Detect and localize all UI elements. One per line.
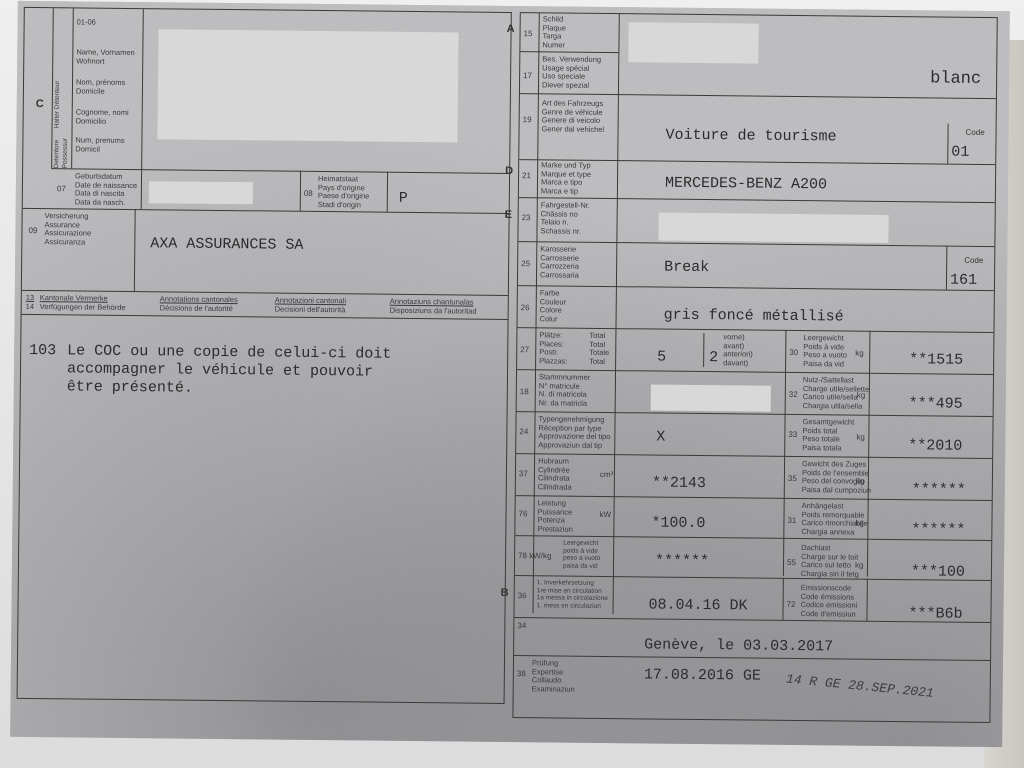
holder-name-redacted (157, 29, 458, 142)
train-weight-unit: kg (856, 477, 865, 486)
annotation-line-3: être présenté. (67, 378, 193, 396)
matricule-num: 18 (520, 387, 529, 396)
first-registration-num: 36 (518, 591, 527, 600)
make-label: Marke und TypMarque et typeMarca e tipoM… (541, 161, 591, 196)
roof-load-num: 55 (787, 558, 796, 567)
vehicle-type-code: 01 (951, 144, 969, 161)
make-value: MERCEDES-BENZ A200 (665, 175, 827, 194)
power-weight-value: ****** (655, 553, 709, 571)
seats-num: 27 (520, 345, 529, 354)
special-use-num: 17 (523, 71, 532, 80)
body-value: Break (664, 259, 709, 276)
holder-vertical-label-1: Halter Détenteur (54, 48, 71, 128)
insurance-num: 09 (28, 226, 37, 235)
seats-label: Plätze:Places:Posti:Plazzas: (539, 331, 568, 365)
roof-load-value: ***100 (911, 563, 965, 581)
annotation-code: 103 (29, 342, 56, 359)
type-approval-num: 24 (519, 427, 528, 436)
annotation-line-2: accompagner le véhicule et pouvoir (67, 360, 373, 380)
body-num: 25 (521, 259, 530, 268)
total-weight-unit: kg (856, 433, 865, 442)
power-num: 76 (518, 509, 527, 518)
color-num: 26 (521, 303, 530, 312)
holder-vertical-label-2: Detentore Possessur (53, 118, 70, 168)
power-label: LeistungPuissancePotenzaPrestaziun (537, 499, 573, 533)
origin-num: 08 (304, 189, 313, 198)
side-letter-e: E (505, 209, 512, 221)
birthdate-label: GeburtsdatumDate de naissanceData di nas… (75, 172, 137, 207)
payload-num: 32 (789, 390, 798, 399)
displacement-unit: cm³ (600, 470, 613, 479)
inspection-num: 38 (517, 669, 526, 678)
train-weight-num: 35 (788, 474, 797, 483)
power-weight-label: Leergewichtpoids à videpeso a vuotopaisa… (563, 540, 601, 570)
empty-weight-label: LeergewichtPoids à videPeso a vuotoPaisa… (803, 334, 847, 368)
code-top: 01-06 (77, 18, 96, 27)
special-use-label: Bes. VerwendungUsage spécialUso speciale… (542, 55, 601, 90)
chassis-num: 23 (522, 213, 531, 222)
seats-total-value: 5 (657, 349, 666, 366)
emission-label: EmissionscodeCode émissionsCodice emissi… (800, 584, 857, 619)
side-letter-c: C (36, 98, 44, 110)
total-weight-value: **2010 (908, 437, 962, 455)
special-use-value: blanc (930, 69, 981, 89)
holder-label-it: Cognome, nomiDomicilio (76, 108, 129, 126)
annotation-line-1: Le COC ou une copie de celui-ci doit (67, 342, 391, 362)
power-unit: kW (599, 510, 611, 519)
payload-unit: kg (857, 391, 866, 400)
side-letter-b: B (501, 587, 509, 599)
trailer-load-unit: kg (855, 519, 864, 528)
plate-label: SchildPlaqueTargaNumer (542, 15, 566, 49)
holder-label-fr: Nom, prénomsDomicile (76, 78, 125, 96)
seats-front-value: 2 (709, 349, 718, 366)
seats-front-label: vorne)avant)anteriori)davant) (723, 333, 753, 367)
displacement-label: HubraumCylindréeCilindrataCilindrada (538, 457, 572, 491)
type-approval-label: TypengenehmigungRéception par typeApprov… (538, 415, 610, 450)
side-letter-a: A (507, 23, 515, 35)
train-weight-value: ****** (912, 481, 966, 499)
make-num: 21 (522, 171, 531, 180)
chassis-redacted (658, 213, 888, 243)
empty-weight-num: 30 (789, 348, 798, 357)
inspection-value: 17.08.2016 GE (644, 666, 761, 684)
seats-total-label: TotalTotalTotaleTotal (589, 332, 609, 366)
origin-value: P (399, 190, 408, 207)
matricule-label: StammnummerN° matriculeN. di matricolaNr… (539, 373, 591, 408)
plate-num: 15 (524, 29, 533, 38)
inspection-label: PrüfungExpertiseCollaudoExaminaziun (532, 659, 575, 693)
place-date-value: Genève, le 03.03.2017 (644, 636, 833, 655)
empty-weight-unit: kg (855, 349, 864, 358)
first-registration-value: 08.04.16 DK (649, 596, 748, 614)
roof-load-unit: kg (855, 561, 864, 570)
birthdate-redacted (149, 181, 253, 204)
vehicle-type-num: 19 (523, 115, 532, 124)
type-approval-value: X (656, 429, 665, 446)
trailer-load-num: 31 (787, 516, 796, 525)
vehicle-type-value: Voiture de tourisme (665, 127, 836, 146)
emission-num: 72 (787, 600, 796, 609)
displacement-num: 37 (519, 469, 528, 478)
power-weight-num: 78 kW/kg (518, 551, 551, 560)
insurance-value: AXA ASSURANCES SA (150, 235, 303, 254)
total-weight-label: GesamtgewichtPoids totalPeso totalePaisa… (802, 418, 854, 453)
total-weight-num: 33 (788, 430, 797, 439)
holder-label-de: Name, VornamenWohnort (76, 48, 135, 66)
left-panel: C 01-06 Halter Détenteur Detentore Posse… (17, 7, 512, 704)
place-date-num: 34 (517, 621, 526, 630)
power-value: *100.0 (651, 514, 705, 532)
displacement-value: **2143 (652, 474, 706, 492)
roof-load-label: DachlastCharge sur le toitCarico sul tet… (801, 544, 859, 579)
birthdate-num: 07 (57, 184, 66, 193)
color-value: gris foncé métallisé (664, 307, 844, 326)
plate-redacted (628, 22, 758, 63)
matricule-redacted (651, 384, 771, 411)
inspection-stamp: 14 R GE 28.SEP.2021 (785, 671, 934, 700)
vehicle-type-label: Art des FahrzeugsGenre de véhiculeGenere… (542, 99, 605, 134)
registration-document: C 01-06 Halter Détenteur Detentore Posse… (10, 1, 1010, 747)
insurance-label: VersicherungAssuranceAssicurazioneAssicu… (44, 212, 91, 246)
right-panel: A 15 SchildPlaqueTargaNumer 17 Bes. Verw… (512, 12, 997, 723)
body-label: KarosserieCarrosserieCarrozzeriaCarrossa… (540, 245, 579, 279)
side-letter-d: D (505, 165, 513, 177)
first-registration-label: 1. Inverkehrsetzung1re mise en circulati… (537, 579, 608, 610)
vehicle-type-code-label: Code (966, 128, 985, 137)
color-label: FarbeCouleurColoreColur (540, 289, 567, 323)
holder-label-rm: Num, prenumsDomicil (75, 136, 124, 154)
payload-value: ***495 (909, 395, 963, 413)
emission-value: ***B6b (908, 605, 962, 623)
empty-weight-value: **1515 (909, 351, 963, 369)
body-code: 161 (950, 272, 977, 289)
origin-label: HeimatstaatPays d'originePaese d'origine… (318, 175, 370, 210)
trailer-load-value: ****** (911, 521, 965, 539)
body-code-label: Code (964, 256, 983, 265)
chassis-label: Fahrgestell-Nr.Châssis noTelaio n.Schass… (540, 201, 590, 236)
